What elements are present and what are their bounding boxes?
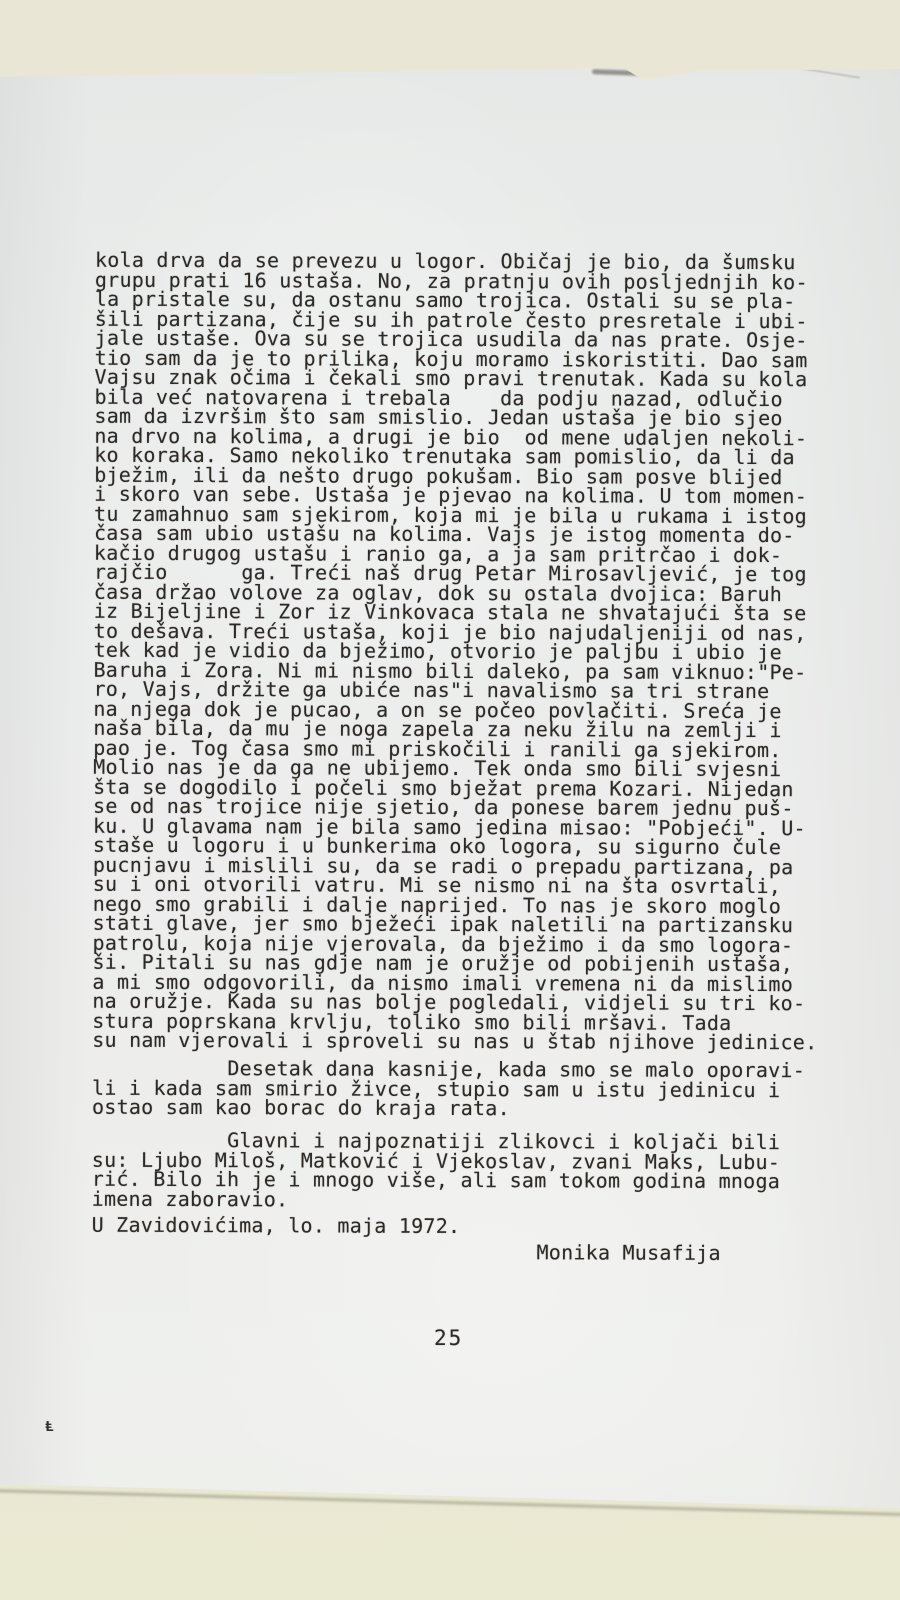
page-number: 25 bbox=[434, 1326, 463, 1350]
typewritten-text-block: kola drva da se prevezu u logor. Običaj … bbox=[91, 251, 835, 1264]
paragraph-criminals: Glavni i najpoznatiji zlikovci i koljači… bbox=[92, 1131, 832, 1212]
paper-sheet: kola drva da se prevezu u logor. Običaj … bbox=[0, 0, 900, 1600]
signature-name: Monika Musafija bbox=[536, 1243, 831, 1264]
stray-ink-mark: Ⱡ bbox=[45, 1417, 54, 1436]
paragraph-continuation: kola drva da se prevezu u logor. Običaj … bbox=[92, 251, 835, 1053]
photo-background: kola drva da se prevezu u logor. Običaj … bbox=[0, 0, 900, 1600]
paragraph-recovery: Desetak dana kasnije, kada smo se malo o… bbox=[92, 1059, 832, 1120]
dateline: U Zavidovićima, lo. maja 1972. bbox=[92, 1216, 832, 1238]
